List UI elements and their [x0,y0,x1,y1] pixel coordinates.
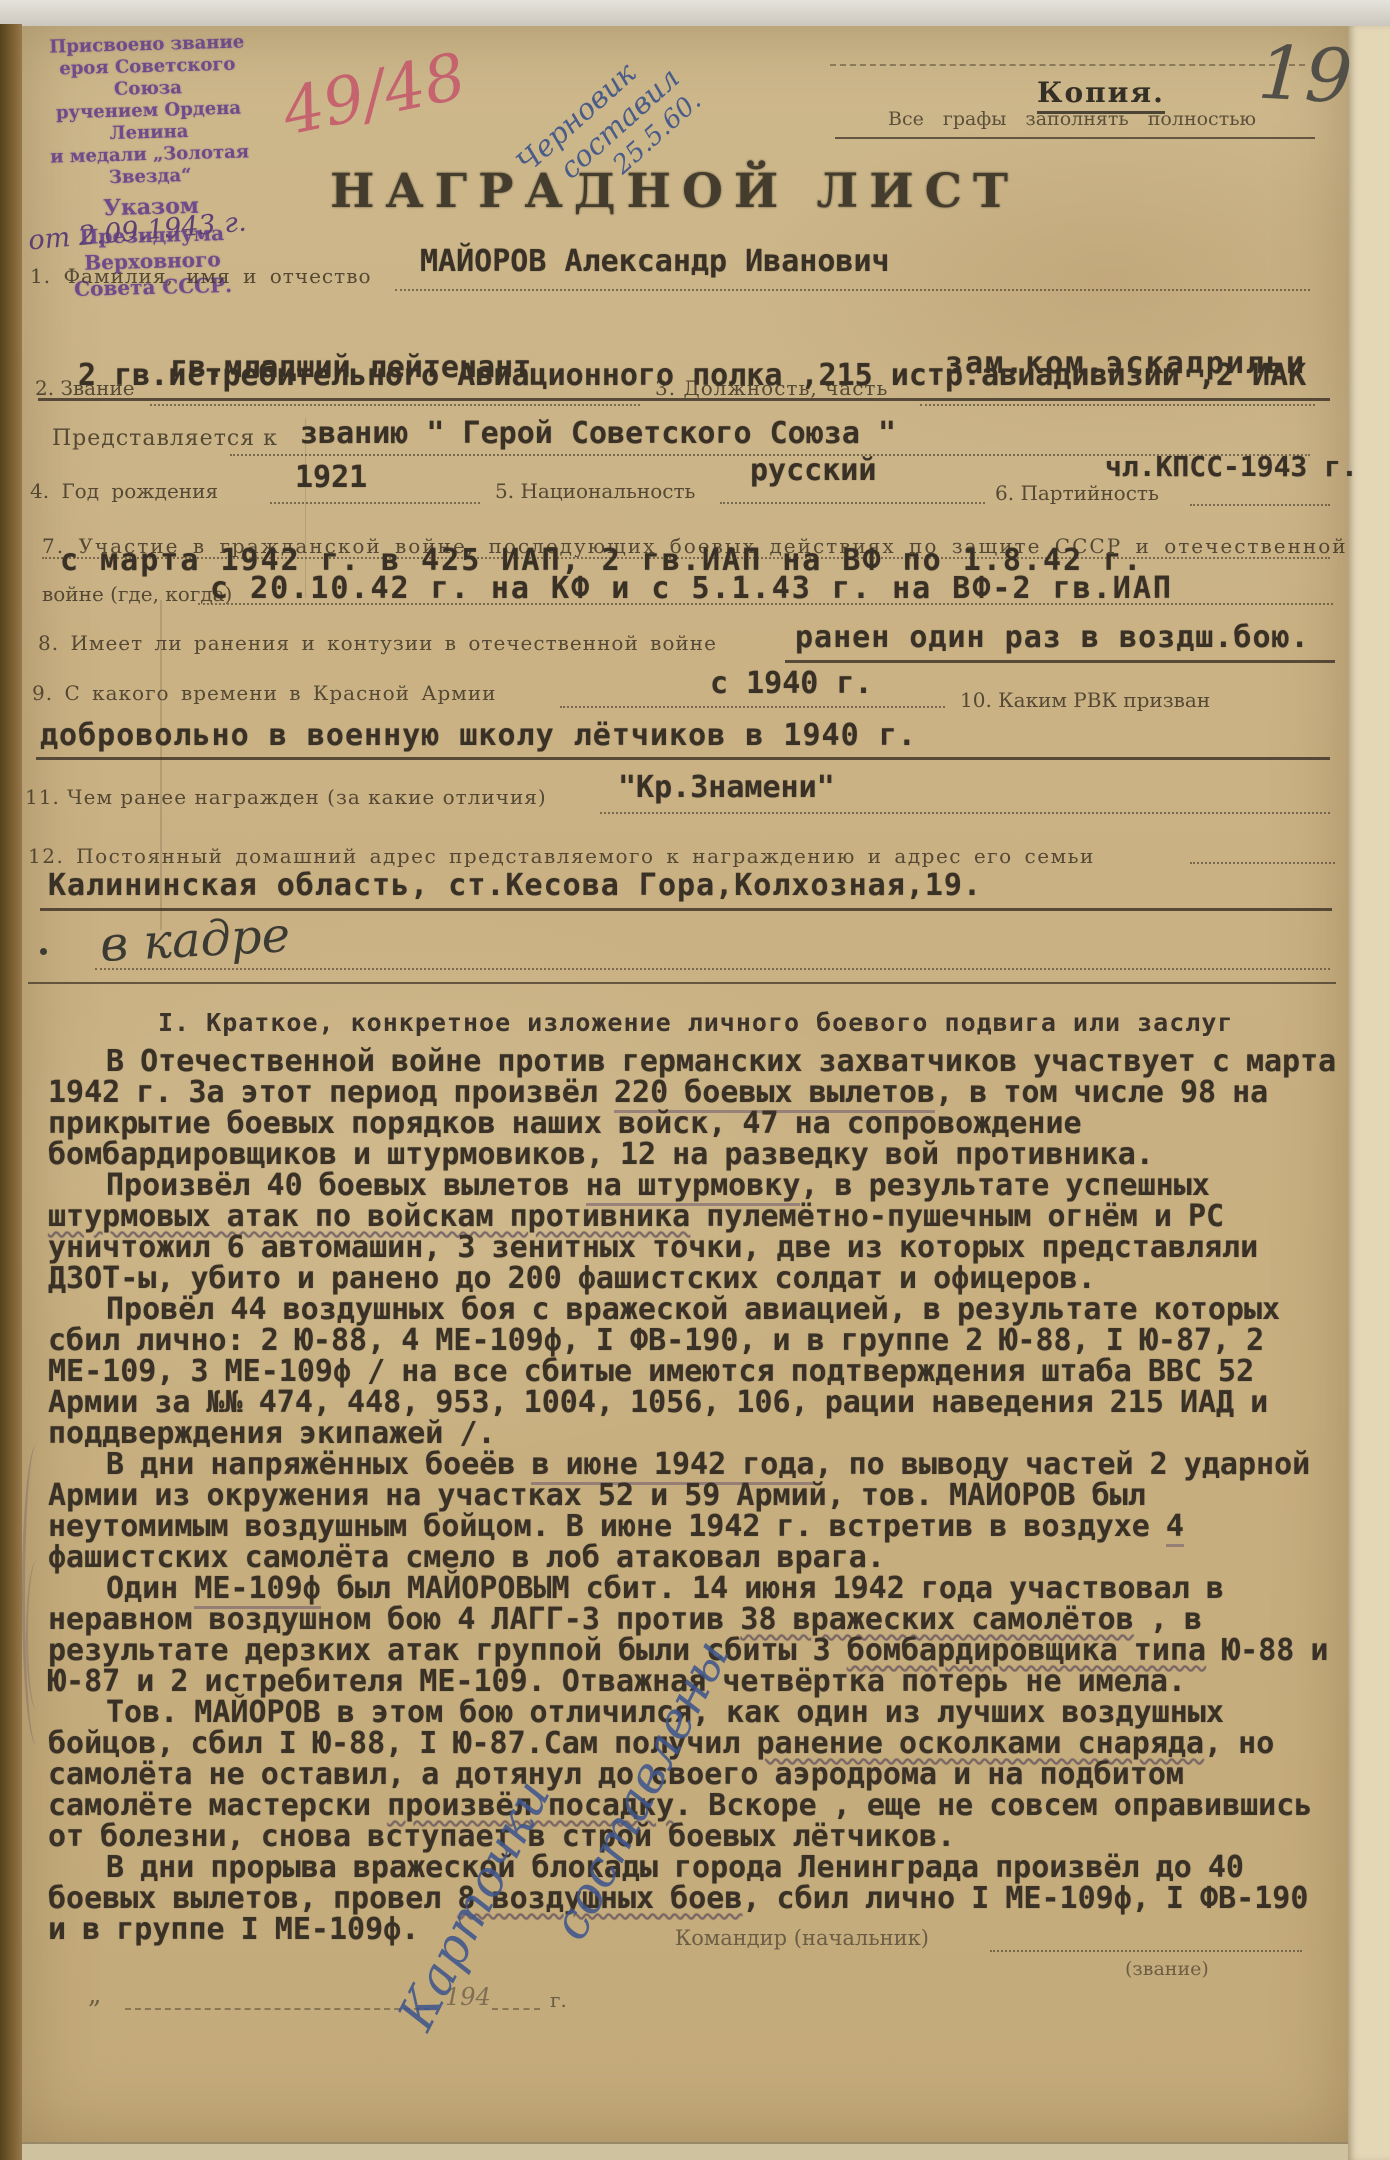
party-value: чл.КПСС-1943 г. [1105,450,1358,483]
stamp-line: ручением Ордена Ленина [23,97,274,148]
field-rule [270,502,480,504]
field-rule [150,404,640,406]
underlined-text: бомбардировщика типа [847,1633,1206,1668]
field-name-label: 1. Фамилия, имя и отчество [30,264,372,288]
underlined-text: 4 [1166,1509,1184,1547]
feat-section-heading: I. Краткое, конкретное изложение личного… [158,1008,1233,1037]
award-stamp: Присвоено звание ероя Советского Союза р… [22,31,279,303]
army-since-value: с 1940 г. [710,666,873,701]
previous-awards-value: "Кр.Знамени" [618,770,835,805]
dashed-rule [830,64,1305,66]
feat-paragraph: Произвёл 40 боевых вылетов на штурмовку,… [48,1170,1340,1294]
field-rule [600,812,1330,814]
field-rule [28,982,1336,984]
page-number: 19 [1256,30,1355,121]
previous-awards-label: 11. Чем ранее награжден (за какие отличи… [25,785,547,809]
field-rule [720,502,985,504]
wounds-value: ранен один раз в воздш.бою. [795,620,1310,655]
field-rule [1190,504,1330,506]
field-rule [36,757,1330,760]
war-participation-value-2: с 20.10.42 г. на КФ и с 5.1.43 г. на ВФ-… [210,571,1173,606]
drafted-by-value: добровольно в военную школу лётчиков в 1… [40,718,917,753]
fill-all-fields-note: Все графы заполнять полностью [888,108,1256,130]
under-page-edge-bottom [22,2142,1348,2160]
text-segment: Произвёл 40 боевых вылетов [106,1168,586,1203]
army-since-label: 9. С какого времени в Красной Армии [32,681,497,705]
feat-paragraph: В Отечественной войне против германских … [48,1046,1340,1170]
drafted-by-label: 10. Каким РВК призван [960,688,1210,712]
underlined-text: ранение осколками снаряда [756,1726,1204,1761]
field-name-value: МАЙОРОВ Александр Иванович [420,244,890,279]
field-rule [1190,862,1335,864]
field-rule [395,289,1310,291]
represent-label: Представляется к [52,426,278,451]
header-rule [835,137,1315,139]
rank-label: (звание) [1125,1958,1209,1980]
document-title: НАГРАДНОЙ ЛИСТ [330,164,1019,219]
text-segment: В дни напряжённых боеёв [106,1447,531,1482]
field-rule [920,404,1315,406]
unit-rule [38,398,1330,401]
represent-value: званию " Герой Советского Союза " [300,416,896,451]
date-open-quote: „ [88,1980,101,2010]
unit-line: 2 гв.истребительного Авиационного полка … [78,358,1306,393]
ink-dot [40,948,47,955]
under-page-edge-right [1348,26,1390,2160]
field-rule [198,603,1333,605]
home-address-value: Калининская область, ст.Кесова Гора,Колх… [48,868,982,903]
field-rule [785,660,1335,663]
wounds-label: 8. Имеет ли ранения и контузии в отечест… [38,631,717,655]
scanned-award-document: { "page": { "number": "19" }, "header": … [0,0,1390,2160]
signature-rule [990,1950,1302,1952]
nationality-value: русский [750,453,876,488]
kadre-handwritten-note: в кадре [99,907,292,973]
text-segment: , в результате успешных [800,1168,1209,1203]
home-address-label: 12. Постоянный домашний адрес представля… [28,844,1095,868]
nationality-label: 5. Национальность [495,479,695,503]
party-label: 6. Партийность [995,481,1159,505]
birth-year-value: 1921 [295,460,367,495]
stamp-line: ероя Советского Союза [22,53,273,104]
birth-year-label: 4. Год рождения [30,479,218,503]
book-spine-edge [0,24,22,2160]
commander-label: Командир (начальник) [675,1926,929,1950]
pencil-margin-bracket [26,1560,48,1710]
stamp-line: и медали „Золотая Звезда“ [24,141,275,192]
field-rule [560,706,945,708]
field-rule [95,968,1330,970]
underlined-text: штурмовых атак по войскам противника [48,1199,690,1234]
text-segment: Один [106,1571,194,1606]
